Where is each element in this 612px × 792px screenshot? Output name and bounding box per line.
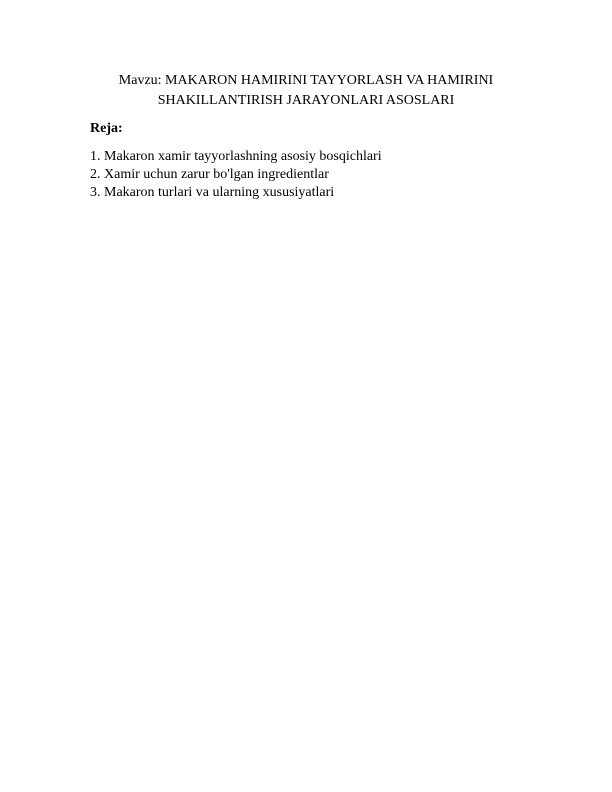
plan-item-2: 2. Xamir uchun zarur bo'lgan ingredientl… xyxy=(90,166,382,184)
document-title: Mavzu: MAKARON HAMIRINI TAYYORLASH VA HA… xyxy=(90,71,522,111)
plan-heading: Reja: xyxy=(90,120,123,138)
plan-item-1: 1. Makaron xamir tayyorlashning asosiy b… xyxy=(90,148,382,166)
title-line-1: Mavzu: MAKARON HAMIRINI TAYYORLASH VA HA… xyxy=(90,71,522,91)
plan-list: 1. Makaron xamir tayyorlashning asosiy b… xyxy=(90,148,382,202)
document-page: Mavzu: MAKARON HAMIRINI TAYYORLASH VA HA… xyxy=(0,0,612,792)
plan-item-3: 3. Makaron turlari va ularning xususiyat… xyxy=(90,184,382,202)
title-line-2: SHAKILLANTIRISH JARAYONLARI ASOSLARI xyxy=(90,91,522,111)
